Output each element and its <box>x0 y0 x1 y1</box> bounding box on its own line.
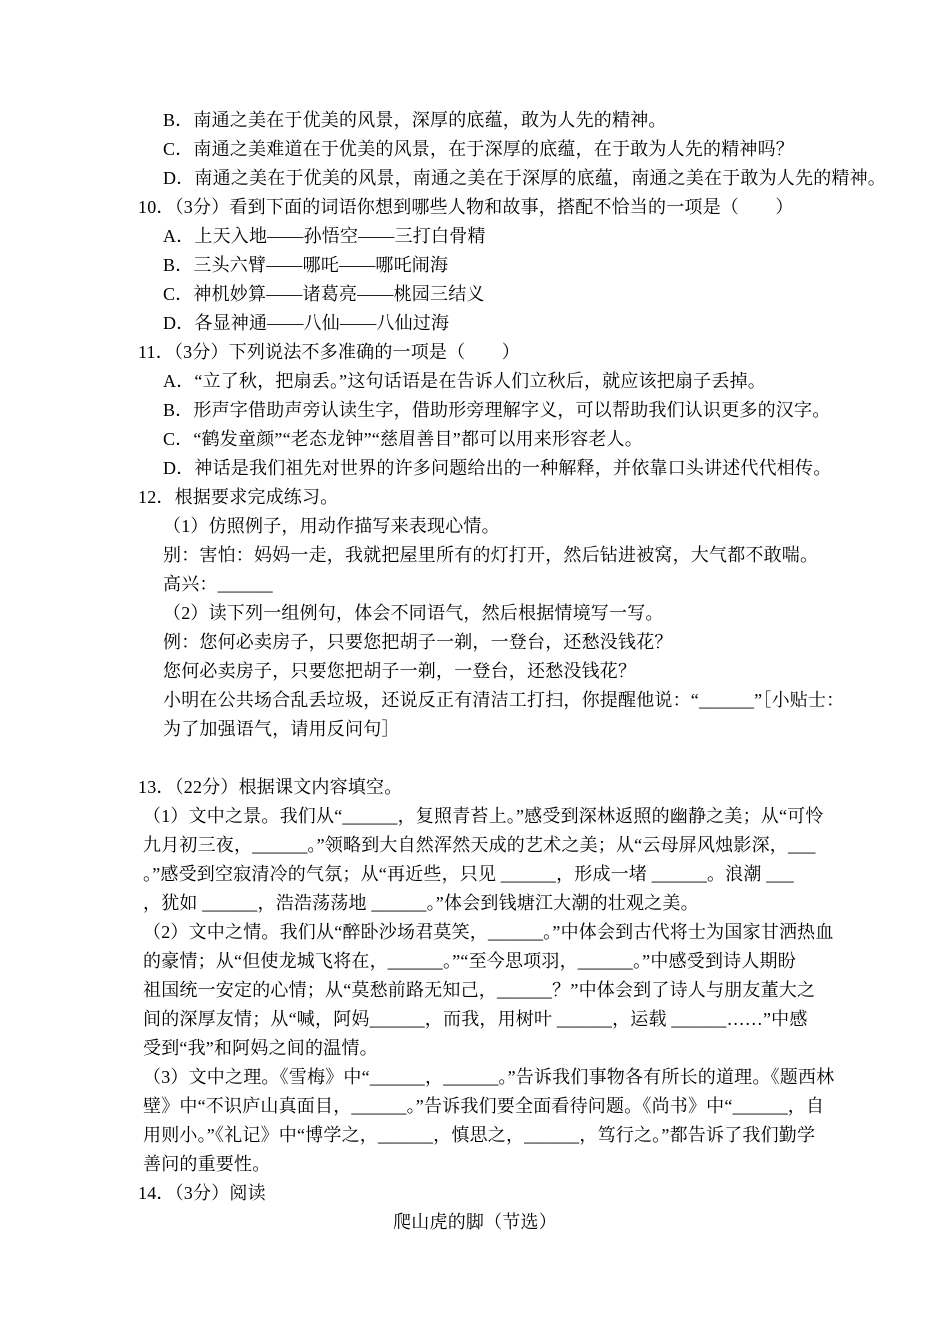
question-11-option-d: D．神话是我们祖先对世界的许多问题给出的一种解释，并依靠口头讲述代代相传。 <box>0 454 950 483</box>
question-12-example-fear: 别：害怕：妈妈一走，我就把屋里所有的灯打开，然后钻进被窝，大气都不敢喘。 <box>0 541 950 570</box>
question-12-rewrite-line: 您何必卖房子，只要您把胡子一剃，一登台，还愁没钱花？ <box>0 657 950 686</box>
question-13-part-1-line-3: 。”感受到空寂清冷的气氛；从“再近些，只见 ______，形成一堵 ______… <box>0 860 950 889</box>
question-9-option-b: B．南通之美在于优美的风景，深厚的底蕴，敢为人先的精神。 <box>0 106 950 135</box>
question-13-part-2-line-3: 祖国统一安定的心情；从“莫愁前路无知己，______？”中体会到了诗人与朋友董大… <box>0 976 950 1005</box>
question-13-part-2-line-4: 间的深厚友情；从“喊，阿妈______，而我，用树叶 ______，运载 ___… <box>0 1005 950 1034</box>
question-13-part-2-line-1: （2）文中之情。我们从“醉卧沙场君莫笑，______。”中体会到古代将士为国家甘… <box>0 918 950 947</box>
question-12-scenario-line-1: 小明在公共场合乱丢垃圾，还说反正有清洁工打扫，你提醒他说：“______”［小贴… <box>0 686 950 715</box>
question-12-header: 12．根据要求完成练习。 <box>0 483 950 512</box>
question-12-blank-happy: 高兴：______ <box>0 570 950 599</box>
question-10-option-b: B．三头六臂——哪吒——哪吒闹海 <box>0 251 950 280</box>
question-13-part-1-line-2: 九月初三夜，______。”领略到大自然浑然天成的艺术之美；从“云母屏风烛影深，… <box>0 831 950 860</box>
exam-paper-page: B．南通之美在于优美的风景，深厚的底蕴，敢为人先的精神。C．南通之美难道在于优美… <box>0 0 950 1344</box>
question-13-part-1-line-1: （1）文中之景。我们从“______，复照青苔上。”感受到深林返照的幽静之美；从… <box>0 802 950 831</box>
question-9-option-d: D．南通之美在于优美的风景，南通之美在于深厚的底蕴，南通之美在于敢为人先的精神。 <box>0 164 950 193</box>
question-13-part-3-line-4: 善问的重要性。 <box>0 1150 950 1179</box>
question-13-part-3-line-2: 壁》中“不识庐山真面目，______。”告诉我们要全面看待问题。《尚书》中“__… <box>0 1092 950 1121</box>
question-13-part-2-line-5: 受到“我”和阿妈之间的温情。 <box>0 1034 950 1063</box>
question-13-part-3-line-3: 用则小。”《礼记》中“博学之，______，慎思之，______，笃行之。”都告… <box>0 1121 950 1150</box>
exam-text-block: B．南通之美在于优美的风景，深厚的底蕴，敢为人先的精神。C．南通之美难道在于优美… <box>0 106 950 1237</box>
reading-title: 爬山虎的脚（节选） <box>0 1208 950 1237</box>
question-11-option-b: B．形声字借助声旁认读生字，借助形旁理解字义，可以帮助我们认识更多的汉字。 <box>0 396 950 425</box>
question-14-header: 14．（3分）阅读 <box>0 1179 950 1208</box>
question-9-option-c: C．南通之美难道在于优美的风景，在于深厚的底蕴，在于敢为人先的精神吗？ <box>0 135 950 164</box>
question-12-scenario-line-2: 为了加强语气，请用反问句］ <box>0 715 950 744</box>
question-11-header: 11．（3分）下列说法不多准确的一项是（ ） <box>0 338 950 367</box>
question-10-option-a: A．上天入地——孙悟空——三打白骨精 <box>0 222 950 251</box>
question-12-part-2: （2）读下列一组例句，体会不同语气，然后根据情境写一写。 <box>0 599 950 628</box>
blank-spacer <box>0 744 950 773</box>
question-13-part-1-line-4: ，犹如 ______，浩浩荡荡地 ______。”体会到钱塘江大潮的壮观之美。 <box>0 889 950 918</box>
question-13-part-2-line-2: 的豪情；从“但使龙城飞将在，______。”“至今思项羽，______。”中感受… <box>0 947 950 976</box>
question-11-option-c: C．“鹤发童颜”“老态龙钟”“慈眉善目”都可以用来形容老人。 <box>0 425 950 454</box>
question-10-header: 10．（3分）看到下面的词语你想到哪些人物和故事，搭配不恰当的一项是（ ） <box>0 193 950 222</box>
question-10-option-d: D．各显神通——八仙——八仙过海 <box>0 309 950 338</box>
question-13-part-3-line-1: （3）文中之理。《雪梅》中“______，______。”告诉我们事物各有所长的… <box>0 1063 950 1092</box>
question-12-example-line: 例：您何必卖房子，只要您把胡子一剃，一登台，还愁没钱花？ <box>0 628 950 657</box>
question-12-part-1: （1）仿照例子，用动作描写来表现心情。 <box>0 512 950 541</box>
question-13-header: 13．（22分）根据课文内容填空。 <box>0 773 950 802</box>
question-11-option-a: A．“立了秋，把扇丢。”这句话语是在告诉人们立秋后，就应该把扇子丢掉。 <box>0 367 950 396</box>
question-10-option-c: C．神机妙算——诸葛亮——桃园三结义 <box>0 280 950 309</box>
